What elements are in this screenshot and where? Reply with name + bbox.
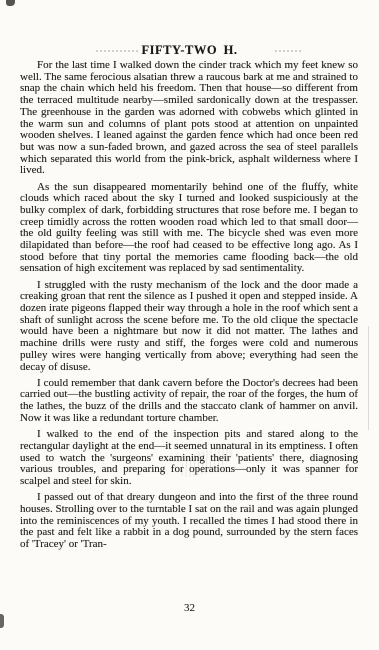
scan-artifact-edge-mark	[0, 614, 4, 628]
paragraph-6: I passed out of that dreary dungeon and …	[20, 492, 358, 551]
page-title: FIFTY-TWO H.	[0, 43, 379, 58]
scan-artifact-corner	[6, 0, 15, 6]
scanned-book-page: FIFTY-TWO H. For the last time I walked …	[0, 0, 379, 650]
paragraph-1: For the last time I walked down the cind…	[20, 60, 358, 177]
paragraph-3: I struggled with the rusty mechanism of …	[20, 280, 358, 374]
paragraph-4: I could remember that dank cavern before…	[20, 378, 358, 425]
page-number: 32	[0, 602, 379, 614]
paragraph-2: As the sun disappeared momentarily behin…	[20, 182, 358, 276]
scan-artifact-vertical-line	[368, 326, 369, 430]
